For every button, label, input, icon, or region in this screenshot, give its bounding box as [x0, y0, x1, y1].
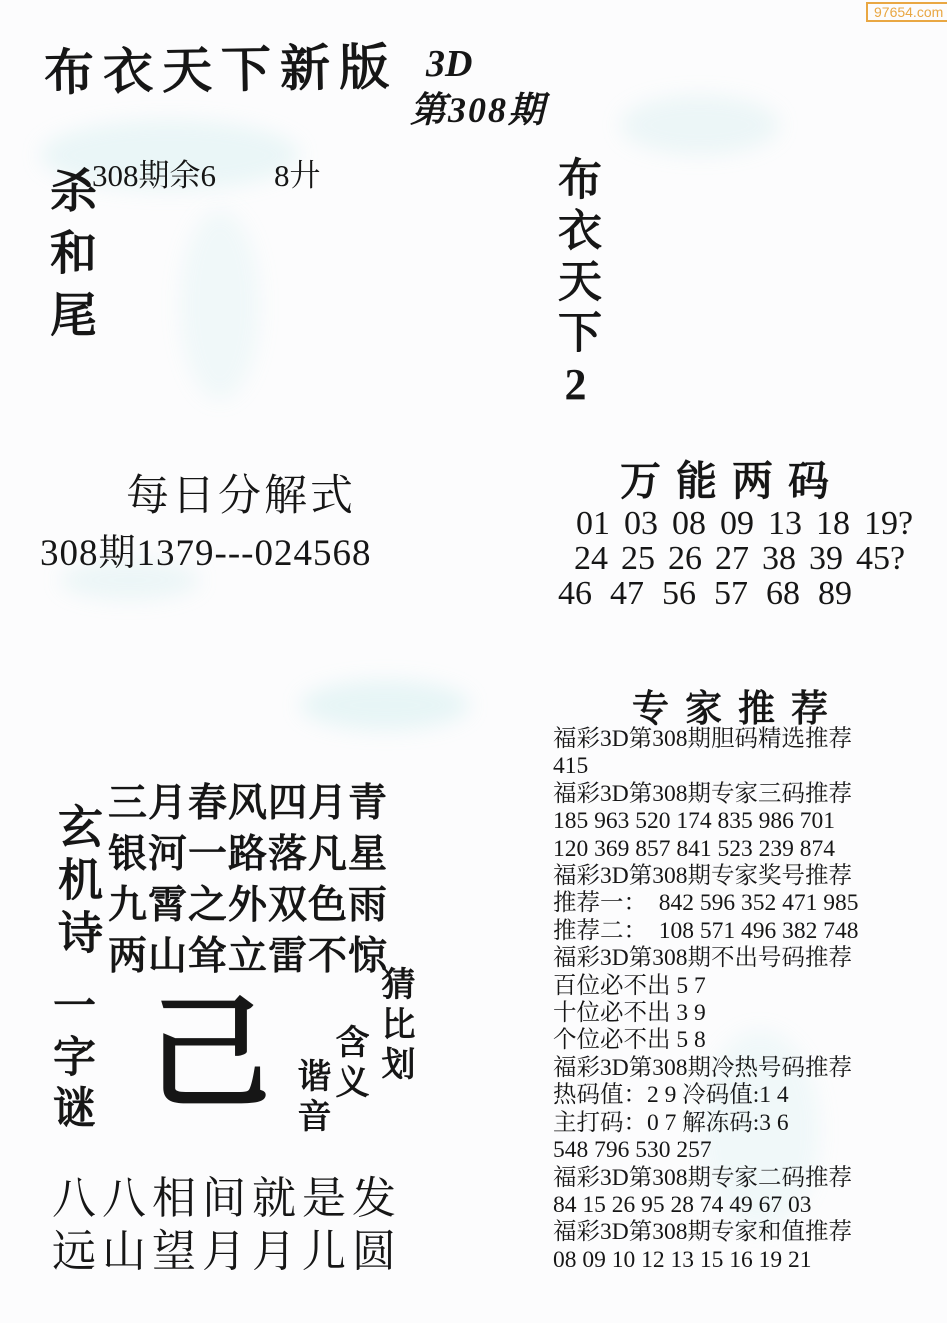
expert-line: 185 963 520 174 835 986 701 [553, 808, 945, 835]
subheader-remainder: 308期余6 [92, 150, 216, 195]
expert-line: 福彩3D第308期专家二码推荐 [553, 1165, 945, 1192]
code-number: 68 [766, 576, 800, 611]
lottery-chart-page: 97654.com 布衣天下新版 3D 第308期 308期余6 8廾 杀和尾 … [0, 0, 947, 1323]
code-number: 26 [668, 541, 702, 576]
brand-vertical-label: 布衣天下2 [543, 156, 607, 416]
page-title: 布衣天下新版 [43, 27, 398, 105]
code-number: 18 [816, 506, 850, 541]
code-number: 27 [715, 541, 749, 576]
expert-line: 福彩3D第308期专家和值推荐 [553, 1219, 945, 1246]
verse-line: 八八相间就是发 [52, 1172, 402, 1225]
riddle-hint-homophone: 谐音 [286, 1058, 335, 1138]
code-number: 25 [621, 541, 655, 576]
subheader-note: 8廾 [274, 150, 321, 195]
code-number: 03 [624, 506, 658, 541]
poem-line: 三月春风四月青 [108, 778, 388, 829]
expert-line: 84 15 26 95 28 74 49 67 03 [553, 1192, 945, 1219]
mystery-poem: 三月春风四月青银河一路落凡星九霄之外双色雨两山耸立雷不惊 [108, 778, 388, 982]
expert-line: 福彩3D第308期胆码精选推荐 [553, 726, 945, 753]
expert-line: 福彩3D第308期专家三码推荐 [553, 781, 945, 808]
verse-line: 远山望月月儿圆 [52, 1225, 402, 1278]
expert-line: 主打码：0 7 解冻码:3 6 [553, 1110, 945, 1137]
expert-line: 个位必不出 5 8 [553, 1027, 945, 1054]
page-title-3d: 3D [426, 42, 472, 86]
expert-line: 推荐二： 108 571 496 382 748 [553, 918, 945, 945]
expert-line: 热码值：2 9 冷码值:1 4 [553, 1082, 945, 1109]
two-codes-title: 万能两码 [620, 448, 844, 507]
code-number: 01 [576, 506, 610, 541]
code-number: 47 [610, 576, 644, 611]
expert-line: 548 796 530 257 [553, 1137, 945, 1164]
code-number: 57 [714, 576, 748, 611]
site-watermark: 97654.com [866, 2, 947, 22]
code-number: 09 [720, 506, 754, 541]
code-number: 45? [856, 541, 905, 576]
code-number: 56 [662, 576, 696, 611]
expert-line: 福彩3D第308期冷热号码推荐 [553, 1055, 945, 1082]
mystery-poem-label: 玄机诗 [44, 803, 109, 962]
issue-number: 第308期 [410, 82, 546, 133]
decomposition-formula: 308期1379---024568 [40, 522, 371, 576]
code-number: 19? [864, 506, 913, 541]
bottom-verse: 八八相间就是发远山望月月儿圆 [52, 1172, 402, 1278]
expert-line: 福彩3D第308期专家奖号推荐 [553, 863, 945, 890]
code-number: 24 [574, 541, 608, 576]
expert-line: 推荐一： 842 596 352 471 985 [553, 890, 945, 917]
code-number: 46 [558, 576, 592, 611]
paper-stain [300, 680, 470, 730]
hint-word: 猜 [376, 966, 413, 1006]
two-codes-row: 01030809131819? [576, 506, 913, 541]
riddle-answer-character: 己 [148, 992, 270, 1120]
expert-recommendation-title: 专家推荐 [632, 678, 844, 732]
kill-sum-tail-label: 杀和尾 [36, 166, 103, 352]
one-character-riddle-label: 一字谜 [40, 983, 101, 1136]
paper-stain [180, 210, 260, 400]
poem-line: 九霄之外双色雨 [108, 880, 388, 931]
code-number: 13 [768, 506, 802, 541]
two-codes-grid: 01030809131819? 24252627383945? 46475657… [556, 506, 913, 611]
two-codes-row: 464756576889 [558, 576, 913, 611]
expert-recommendation-list: 福彩3D第308期胆码精选推荐415福彩3D第308期专家三码推荐185 963… [553, 726, 945, 1274]
expert-line: 415 [553, 753, 945, 780]
subheader: 308期余6 8廾 [92, 150, 321, 195]
poem-line: 两山耸立雷不惊 [108, 931, 388, 982]
expert-line: 福彩3D第308期不出号码推荐 [553, 945, 945, 972]
two-codes-row: 24252627383945? [574, 541, 913, 576]
expert-line: 120 369 857 841 523 239 874 [553, 836, 945, 863]
code-number: 89 [818, 576, 852, 611]
daily-decomposition-title: 每日分解式 [126, 462, 356, 523]
paper-stain [620, 95, 780, 155]
code-number: 08 [672, 506, 706, 541]
hint-word: 比划 [376, 1006, 413, 1086]
expert-line: 08 09 10 12 13 15 16 19 21 [553, 1247, 945, 1274]
riddle-hint-guess-strokes: 猜比划 [370, 966, 419, 1086]
expert-line: 百位必不出 5 7 [553, 973, 945, 1000]
expert-line: 十位必不出 3 9 [553, 1000, 945, 1027]
code-number: 39 [809, 541, 843, 576]
code-number: 38 [762, 541, 796, 576]
poem-line: 银河一路落凡星 [108, 829, 388, 880]
